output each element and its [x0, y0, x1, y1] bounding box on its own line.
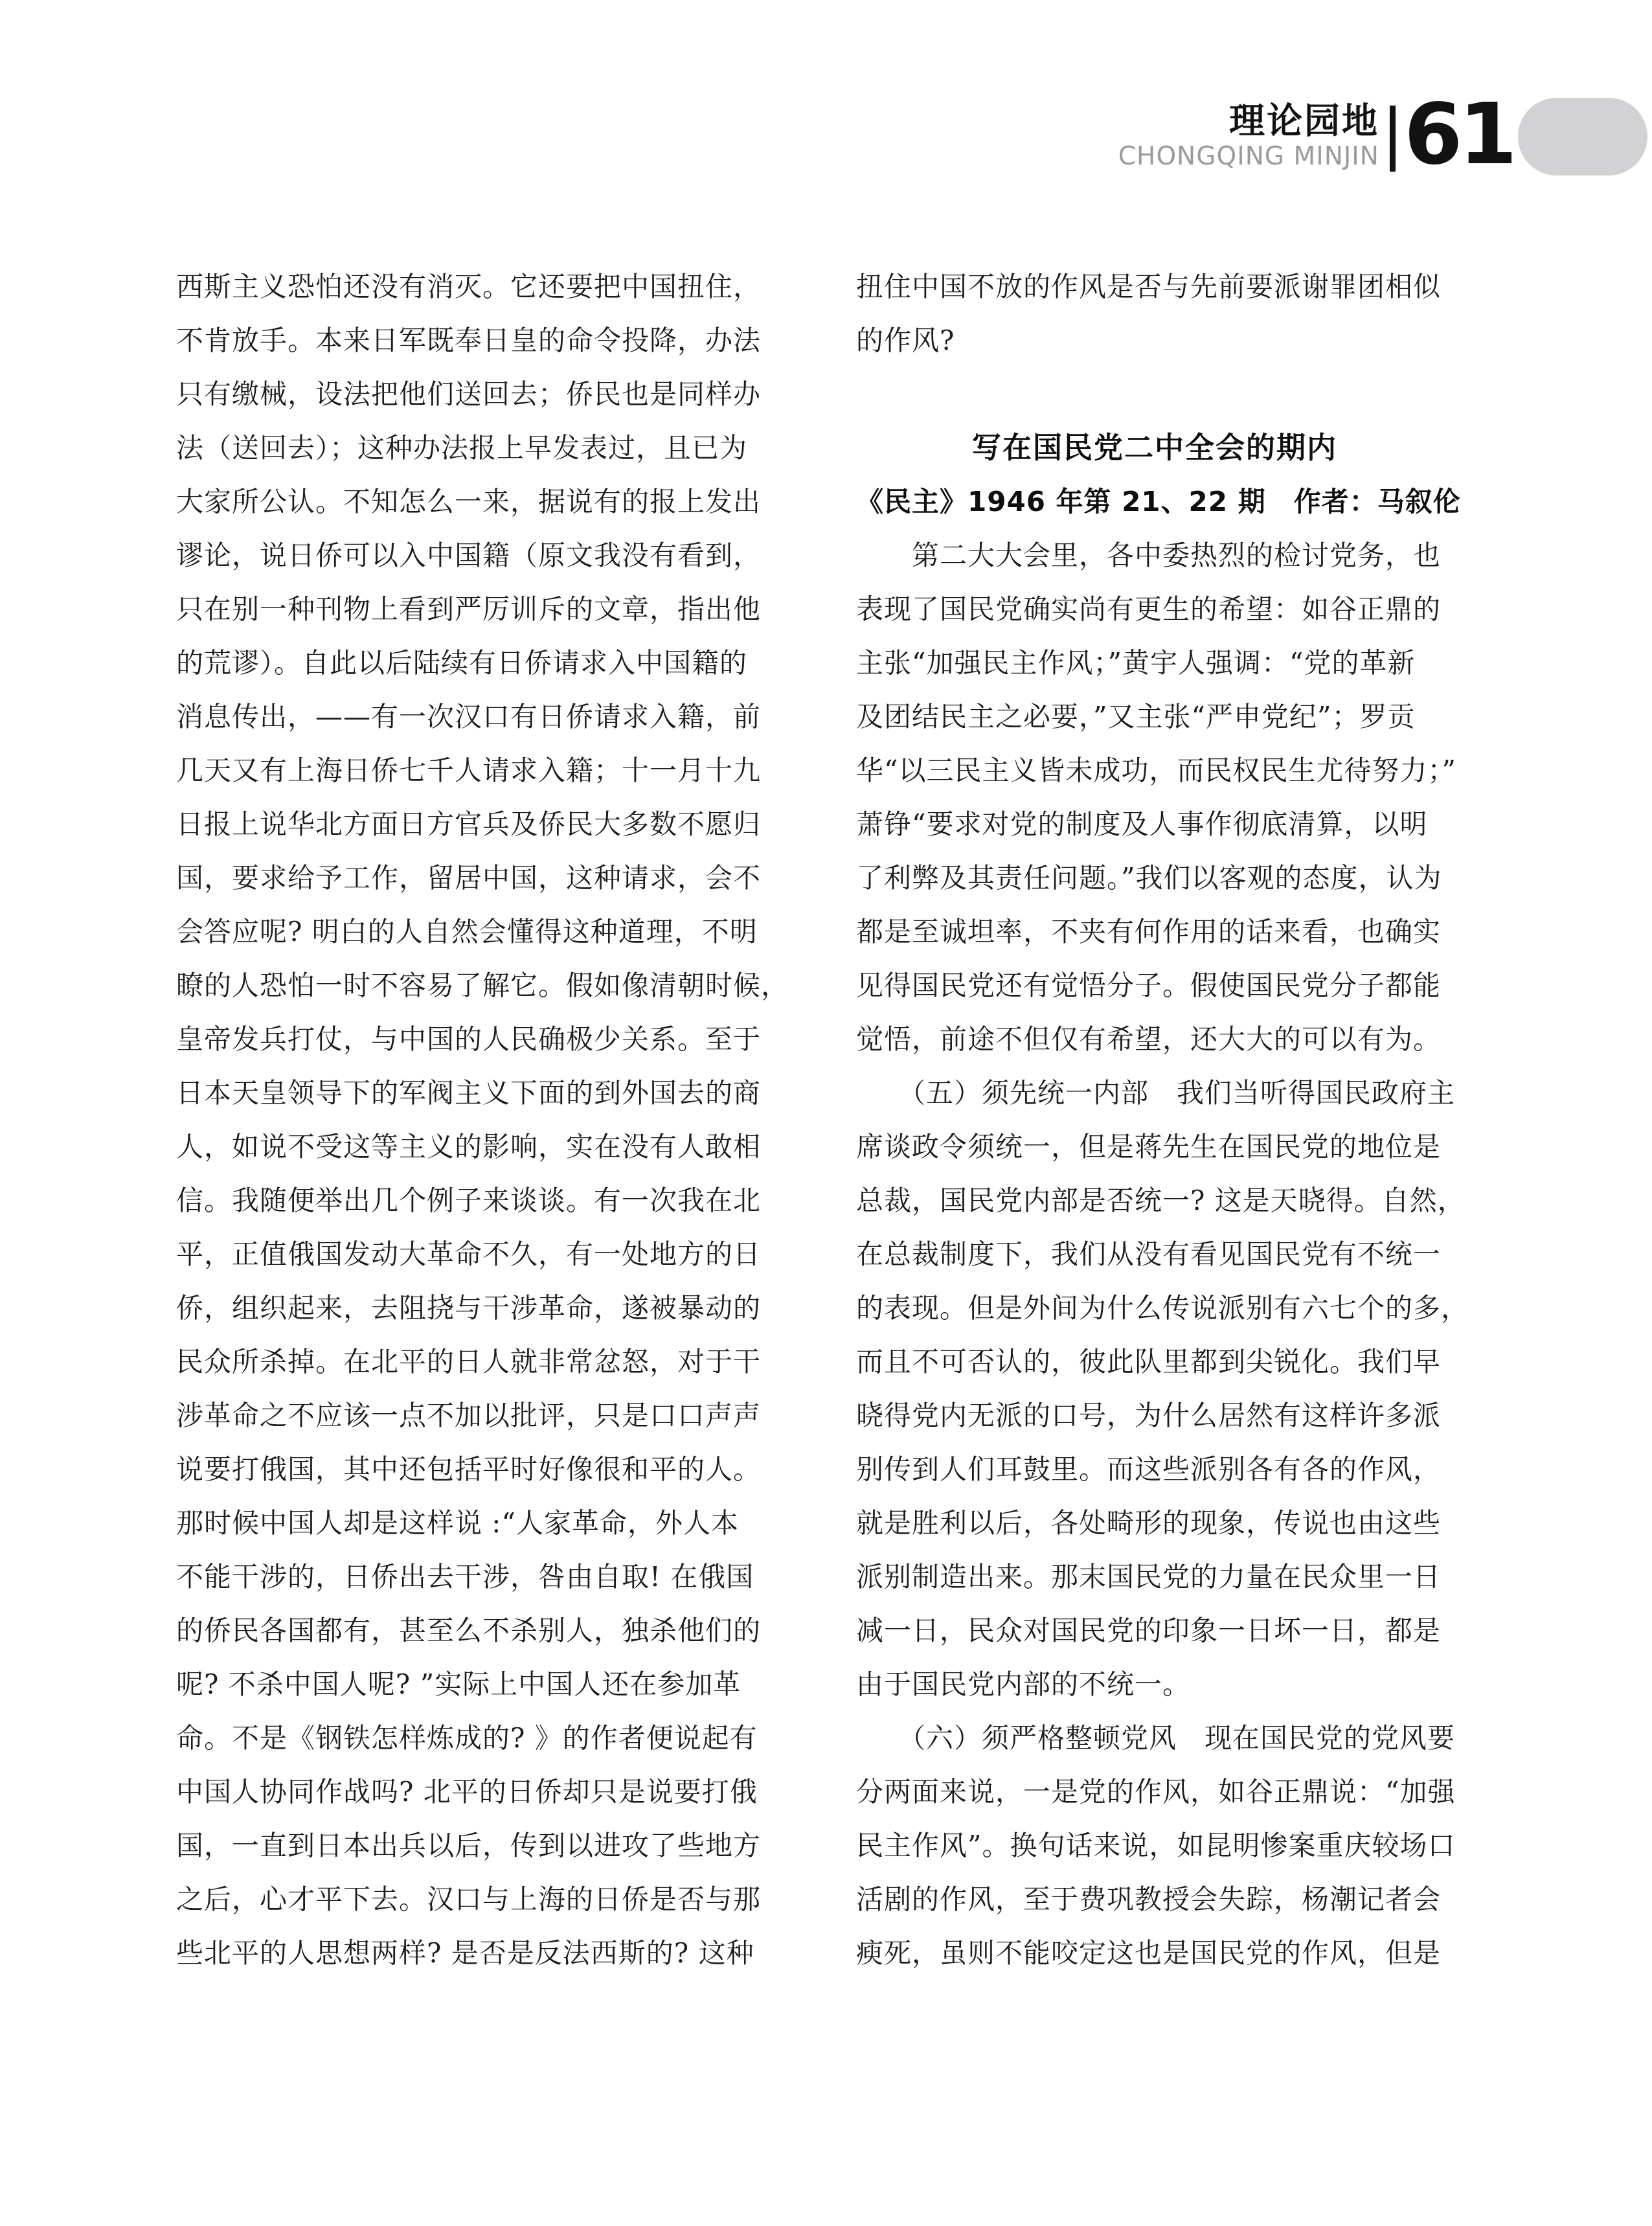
text-line: 民众所杀掉。在北平的日人就非常忿怒，对于干 — [176, 1335, 773, 1389]
text-line: 就是胜利以后，各处畸形的现象，传说也由这些 — [856, 1496, 1453, 1550]
section-title: 理论园地 — [1118, 102, 1379, 140]
text-line: 的荒谬）。自此以后陆续有日侨请求入中国籍的 — [176, 636, 773, 690]
text-line: 谬论，说日侨可以入中国籍（原文我没有看到， — [176, 528, 773, 582]
header-divider — [1390, 106, 1396, 172]
text-line: 几天又有上海日侨七千人请求入籍；十一月十九 — [176, 744, 773, 797]
text-line: 大家所公认。不知怎么一来，据说有的报上发出 — [176, 475, 773, 528]
text-line: 侨，组织起来，去阻挠与干涉革命，遂被暴动的 — [176, 1281, 773, 1335]
text-line: 主张“加强民主作风；”黄宇人强调：“党的革新 — [856, 636, 1453, 690]
text-line: 民主作风”。换句话来说，如昆明惨案重庆较场口 — [856, 1819, 1453, 1872]
text-line: 晓得党内无派的口号，为什么居然有这样许多派 — [856, 1389, 1453, 1442]
text-line: 都是至诚坦率，不夹有何作用的话来看，也确实 — [856, 905, 1453, 959]
text-line: 国，要求给予工作，留居中国，这种请求，会不 — [176, 851, 773, 905]
text-line: 扭住中国不放的作风是否与先前要派谢罪团相似 — [856, 260, 1453, 313]
empty-line — [856, 367, 1453, 421]
text-line: 瘐死，虽则不能咬定这也是国民党的作风，但是 — [856, 1926, 1453, 1980]
text-line: 的侨民各国都有，甚至么不杀别人，独杀他们的 — [176, 1604, 773, 1657]
text-line: 表现了国民党确实尚有更生的希望：如谷正鼎的 — [856, 582, 1453, 636]
text-line: 日报上说华北方面日方官兵及侨民大多数不愿归 — [176, 797, 773, 851]
article-body: 第二大大会里，各中委热烈的检讨党务，也表现了国民党确实尚有更生的希望：如谷正鼎的… — [856, 528, 1453, 1980]
text-line: 而且不可否认的，彼此队里都到尖锐化。我们早 — [856, 1335, 1453, 1389]
text-line: 国，一直到日本出兵以后，传到以进攻了些地方 — [176, 1819, 773, 1872]
text-line: 会答应呢? 明白的人自然会懂得这种道理，不明 — [176, 905, 773, 959]
text-line: 日本天皇领导下的军阀主义下面的到外国去的商 — [176, 1066, 773, 1120]
text-line: 别传到人们耳鼓里。而这些派别各有各的作风， — [856, 1442, 1453, 1496]
text-line: 萧铮“要求对党的制度及人事作彻底清算，以明 — [856, 797, 1453, 851]
right-column-intro: 扭住中国不放的作风是否与先前要派谢罪团相似的作风? — [856, 260, 1453, 367]
text-line: 见得国民党还有觉悟分子。假使国民党分子都能 — [856, 959, 1453, 1012]
text-line: 呢? 不杀中国人呢? ”实际上中国人还在参加革 — [176, 1657, 773, 1711]
text-line: 之后，心才平下去。汉口与上海的日侨是否与那 — [176, 1872, 773, 1926]
article-byline: 《民主》1946 年第 21、22 期 作者：马叙伦 — [856, 475, 1453, 528]
text-line: 席谈政令须统一，但是蒋先生在国民党的地位是 — [856, 1120, 1453, 1174]
text-line: 中国人协同作战吗? 北平的日侨却只是说要打俄 — [176, 1765, 773, 1819]
section-header: 理论园地 CHONGQING MINJIN — [1118, 102, 1379, 169]
text-line: 了利弊及其责任问题。”我们以客观的态度，认为 — [856, 851, 1453, 905]
text-line: 不能干涉的，日侨出去干涉，咎由自取! 在俄国 — [176, 1550, 773, 1604]
text-line: 总裁，国民党内部是否统一? 这是天晓得。自然， — [856, 1174, 1453, 1227]
text-line: 些北平的人思想两样? 是否是反法西斯的? 这种 — [176, 1926, 773, 1980]
article-title: 写在国民党二中全会的期内 — [856, 421, 1453, 475]
text-line: 派别制造出来。那末国民党的力量在民众里一日 — [856, 1550, 1453, 1604]
text-line: 信。我随便举出几个例子来谈谈。有一次我在北 — [176, 1174, 773, 1227]
text-line: 只在别一种刊物上看到严厉训斥的文章，指出他 — [176, 582, 773, 636]
text-line: 由于国民党内部的不统一。 — [856, 1657, 1453, 1711]
text-line: 命。不是《钢铁怎样炼成的? 》的作者便说起有 — [176, 1711, 773, 1765]
text-line: 那时候中国人却是这样说 :“人家革命，外人本 — [176, 1496, 773, 1550]
text-line: 瞭的人恐怕一时不容易了解它。假如像清朝时候， — [176, 959, 773, 1012]
text-line: 平，正值俄国发动大革命不久，有一处地方的日 — [176, 1227, 773, 1281]
text-line: 皇帝发兵打仗，与中国的人民确极少关系。至于 — [176, 1012, 773, 1066]
text-line: 的表现。但是外间为什么传说派别有六七个的多， — [856, 1281, 1453, 1335]
text-line: 不肯放手。本来日军既奉日皇的命令投降，办法 — [176, 313, 773, 367]
text-line: 人，如说不受这等主义的影响，实在没有人敢相 — [176, 1120, 773, 1174]
header-tab-pill — [1518, 98, 1647, 176]
text-line: 消息传出，——有一次汉口有日侨请求入籍，前 — [176, 690, 773, 744]
text-line: 减一日，民众对国民党的印象一日坏一日，都是 — [856, 1604, 1453, 1657]
text-line: 只有缴械，设法把他们送回去；侨民也是同样办 — [176, 367, 773, 421]
text-line: 觉悟，前途不但仅有希望，还大大的可以有为。 — [856, 1012, 1453, 1066]
text-line: （六）须严格整顿党风 现在国民党的党风要 — [856, 1711, 1453, 1765]
text-line: 华“以三民主义皆未成功，而民权民生尤待努力；” — [856, 744, 1453, 797]
text-line: 西斯主义恐怕还没有消灭。它还要把中国扭住， — [176, 260, 773, 313]
text-line: 说要打俄国，其中还包括平时好像很和平的人。 — [176, 1442, 773, 1496]
text-line: 活剧的作风，至于费巩教授会失踪，杨潮记者会 — [856, 1872, 1453, 1926]
page-number: 61 — [1404, 92, 1488, 176]
text-line: 分两面来说，一是党的作风，如谷正鼎说：“加强 — [856, 1765, 1453, 1819]
magazine-page: 理论园地 CHONGQING MINJIN 61 西斯主义恐怕还没有消灭。它还要… — [0, 0, 1652, 2226]
text-line: （五）须先统一内部 我们当听得国民政府主 — [856, 1066, 1453, 1120]
text-line: 法（送回去）；这种办法报上早发表过，且已为 — [176, 421, 773, 475]
text-line: 在总裁制度下，我们从没有看见国民党有不统一 — [856, 1227, 1453, 1281]
text-line: 第二大大会里，各中委热烈的检讨党务，也 — [856, 528, 1453, 582]
left-column: 西斯主义恐怕还没有消灭。它还要把中国扭住，不肯放手。本来日军既奉日皇的命令投降，… — [176, 260, 773, 1980]
section-subtitle: CHONGQING MINJIN — [1118, 144, 1379, 169]
text-line: 涉革命之不应该一点不加以批评，只是口口声声 — [176, 1389, 773, 1442]
text-line: 的作风? — [856, 313, 1453, 367]
text-line: 及团结民主之必要，”又主张“严申党纪”；罗贡 — [856, 690, 1453, 744]
right-column: 扭住中国不放的作风是否与先前要派谢罪团相似的作风? 写在国民党二中全会的期内 《… — [856, 260, 1453, 1980]
